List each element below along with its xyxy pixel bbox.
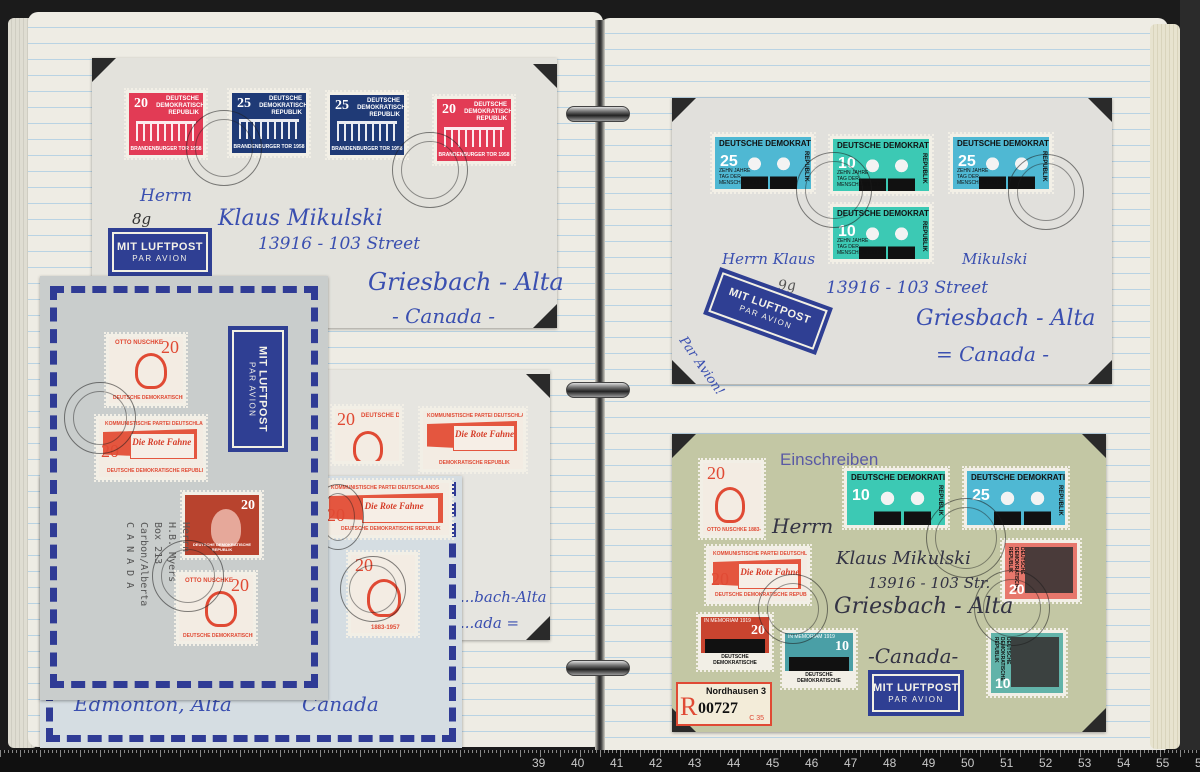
registration-label: R Nordhausen 3 00727 C 35 [676,682,772,726]
stamp-caption: ZEHN JAHRE TAG DER MENSCHENRECHTE [837,238,872,256]
stamp-value: 20 [711,569,729,590]
album-right-page-edges [1150,24,1180,749]
postmark [1008,154,1084,230]
stamp-country: DEUTSCHE DEMOKRATISCHE [719,139,807,148]
measuring-ruler: 394041424344454647484950515253545556 [0,750,1200,772]
photo-corner [1088,98,1112,122]
address-line: Herrn [178,522,192,632]
ruler-number: 55 [1156,756,1169,770]
stamp-brandenburg-25-blue-2: 25 DEUTSCHE DEMOKRATISCHE REPUBLIK BRAND… [327,92,407,158]
photo-corner [533,304,557,328]
postmark [392,132,468,208]
airmail-label-line2: PAR AVION [248,362,257,417]
stamp-otto-nuschke-20-reg: 20 OTTO NUSCHKE 1883-1957 [700,460,764,538]
stamp-caption: OTTO NUSCHKE 1883-1957 [707,527,761,533]
portraits-illustration [994,487,1051,525]
stamp-side-text: REPUBLIK [1057,485,1063,516]
stamp-value: 20 [442,102,456,118]
ruler-number: 44 [727,756,740,770]
stamp-value: 20 [241,498,255,514]
address-country: - Canada - [392,304,495,328]
address-line: Carbon/Alberta [136,522,150,632]
cover-registered: Einschreiben 20 OTTO NUSCHKE 1883-1957 D… [672,434,1106,732]
ruler-number: 50 [961,756,974,770]
photo-corner [672,434,696,458]
portrait-illustration [715,487,745,523]
airmail-label-line1: MIT LUFTPOST [117,241,203,253]
ruler-number: 40 [571,756,584,770]
address-surname: Mikulski [962,250,1027,268]
airmail-label-line1: MIT LUFTPOST [257,346,269,432]
address-city: Griesbach - Alta [834,594,1013,619]
cover-nuschke: OTTO NUSCHKE 20 DEUTSCHE DEMOKRATISCHE R… [40,276,328,700]
stamp-top-text: KOMMUNISTISCHE PARTEI DEUTSCHLANDS [427,413,523,419]
stamp-caption: ZEHN JAHRE TAG DER MENSCHENRECHTE [957,168,992,186]
stamp-value: 20 [134,96,148,112]
ruler-number: 56 [1195,756,1200,770]
portrait-illustration [353,431,383,461]
airmail-label-line2: PAR AVION [888,695,943,704]
airmail-label-line1: MIT LUFTPOST [873,682,959,694]
stamp-title: Die Rote Fahne [365,501,424,511]
gate-illustration [337,121,396,141]
airmail-label: MIT LUFTPOST PAR AVION [703,267,833,355]
address-line: Box 213 [150,522,164,632]
stamp-value: 20 [231,575,249,596]
address-street: 13916 - 103 Str. [868,574,990,592]
stamp-value: 25 [237,96,251,112]
ruler-number: 43 [688,756,701,770]
address-country: = Canada - [936,342,1049,366]
ruler-number: 39 [532,756,545,770]
stamp-value: 25 [335,98,349,114]
ruler-number: 46 [805,756,818,770]
ruler-number: 45 [766,756,779,770]
stamp-top-text: IN MEMORIAM 1919 [704,618,751,624]
stamp-country: DEUTSCHE DEMOKRATISCHE [851,473,941,482]
stamp-caption: BRANDENBURGER TOR 1958 [330,146,404,152]
photo-corner [1082,708,1106,732]
address-country: ...ada = [460,614,519,632]
binder-ring-top [566,106,630,122]
address-line: C A N A D A [122,522,136,632]
address-city: Griesbach - Alta [916,306,1095,331]
postmark [796,152,872,228]
stamp-value: 20 [337,409,355,430]
stamp-country: DEUTSCHE DEMOKRATISCHE [837,141,925,150]
ruler-number: 54 [1117,756,1130,770]
postmark [758,574,828,644]
address-salutation: Herrn Klaus [722,250,815,268]
registration-number: 00727 [698,700,738,718]
stamp-side-text: REPUBLIK [921,221,927,252]
photo-corner [533,64,557,88]
postmark [186,110,262,186]
ruler-number: 42 [649,756,662,770]
stamp-bottom-text: DEUTSCHE DEMOKRATISCHE [701,653,769,667]
stamp-country: DEUTSCHE DEMOKRATISCHE REPUBLIK [259,96,302,117]
address-street: 13916 - 103 Street [258,234,420,254]
binder-ring-middle [566,382,630,398]
stamp-country: DEUTSCHE DEMOKRATISCHE REPUBLIK [357,98,400,119]
stamp-value: 10 [995,675,1011,691]
ruler-number: 41 [610,756,623,770]
ruler-number: 48 [883,756,896,770]
photo-corner [526,616,550,640]
portrait-illustration [135,353,167,389]
stamp-value: 10 [835,639,849,655]
registration-code: C 35 [749,715,764,722]
address-city: Griesbach - Alta [368,268,564,296]
stamp-bottom-text: DEUTSCHE DEMOKRATISCHE REPUBLIK [107,468,203,474]
stamp-value: 20 [161,337,179,358]
stamp-bottom-text: DEUTSCHE DEMOKRATISCHE [785,671,853,685]
stamp-title: Die Rote Fahne [132,437,191,447]
stamp-country: DEUTSCHE DEMOKRATISCHE REPUBLIK [464,102,507,123]
address-street: 13916 - 103 Street [826,278,988,298]
cover-human-rights: DEUTSCHE DEMOKRATISCHE 25 REPUBLIK ZEHN … [672,98,1112,384]
photo-corner [672,98,696,122]
photo-corner [1088,360,1112,384]
stamp-rote-fahne: KOMMUNISTISCHE PARTEI DEUTSCHLANDS Die R… [420,408,526,472]
stamp-value: 20 [707,463,725,484]
stamp-bottom-text: DEMOKRATISCHE REPUBLIK [439,460,510,466]
address-city: ...bach-Alta [460,588,547,606]
address-country: -Canada- [868,644,958,668]
ruler-number: 47 [844,756,857,770]
stamp-top-text: KOMMUNISTISCHE PARTEI DEUTSCHLANDS [713,551,807,557]
postmark [340,556,406,622]
airmail-label-vertical: MIT LUFTPOST PAR AVION [228,326,288,452]
stamp-country: DEUTSCHE DEMOKRATISCHE [971,473,1061,482]
portraits-illustration [874,487,931,525]
stamp-caption: ZEHN JAHRE TAG DER MENSCHENRECHTE [719,168,754,186]
stamp-value: 10 [852,487,870,505]
address-name: Klaus Mikulski [218,206,383,231]
stamp-country: DEUTSCHE DEMOKRATISCHE [957,139,1045,148]
side-ruler [1180,0,1200,750]
photo-corner [92,58,116,82]
airmail-label-line2: PAR AVION [132,254,187,263]
stamp-years: 1883-1957 [371,625,400,631]
stamp-title: Die Rote Fahne [455,429,514,439]
typed-address: Herrn H.B. Myers Box 213 Carbon/Alberta … [92,522,192,632]
address-note: 8g [132,210,151,228]
stamp-side-text: REPUBLIK [921,153,927,184]
ruler-number: 52 [1039,756,1052,770]
stamp-country: DEUTSCHE DEMOKRATISCHE [361,413,399,419]
airmail-label: MIT LUFTPOST PAR AVION [108,228,212,276]
stamp-nuschke-20: 20 DEUTSCHE DEMOKRATISCHE [332,406,402,464]
ruler-number: 51 [1000,756,1013,770]
airmail-label: MIT LUFTPOST PAR AVION [868,670,964,716]
stamp-country: DEUTSCHE DEMOKRATISCHE REPUBLIK [156,96,199,117]
photo-corner [526,374,550,398]
address-salutation: Herrn [140,186,192,206]
binder-ring-bottom [566,660,630,676]
address-line: H.B. Myers [164,522,178,632]
postmark [64,382,136,454]
stamp-country: DEUTSCHE DEMOKRATISCHE REPUBLIK [183,633,253,639]
registration-letter: R [680,692,697,722]
registration-office: Nordhausen 3 [706,686,766,696]
einschreiben-stamp: Einschreiben [780,450,878,470]
ruler-number: 49 [922,756,935,770]
address-salutation: Herrn [772,514,833,538]
photo-corner [1082,434,1106,458]
ruler-number: 53 [1078,756,1091,770]
stamp-name: OTTO NUSCHKE [115,340,163,346]
address-name: Klaus Mikulski [836,548,971,569]
